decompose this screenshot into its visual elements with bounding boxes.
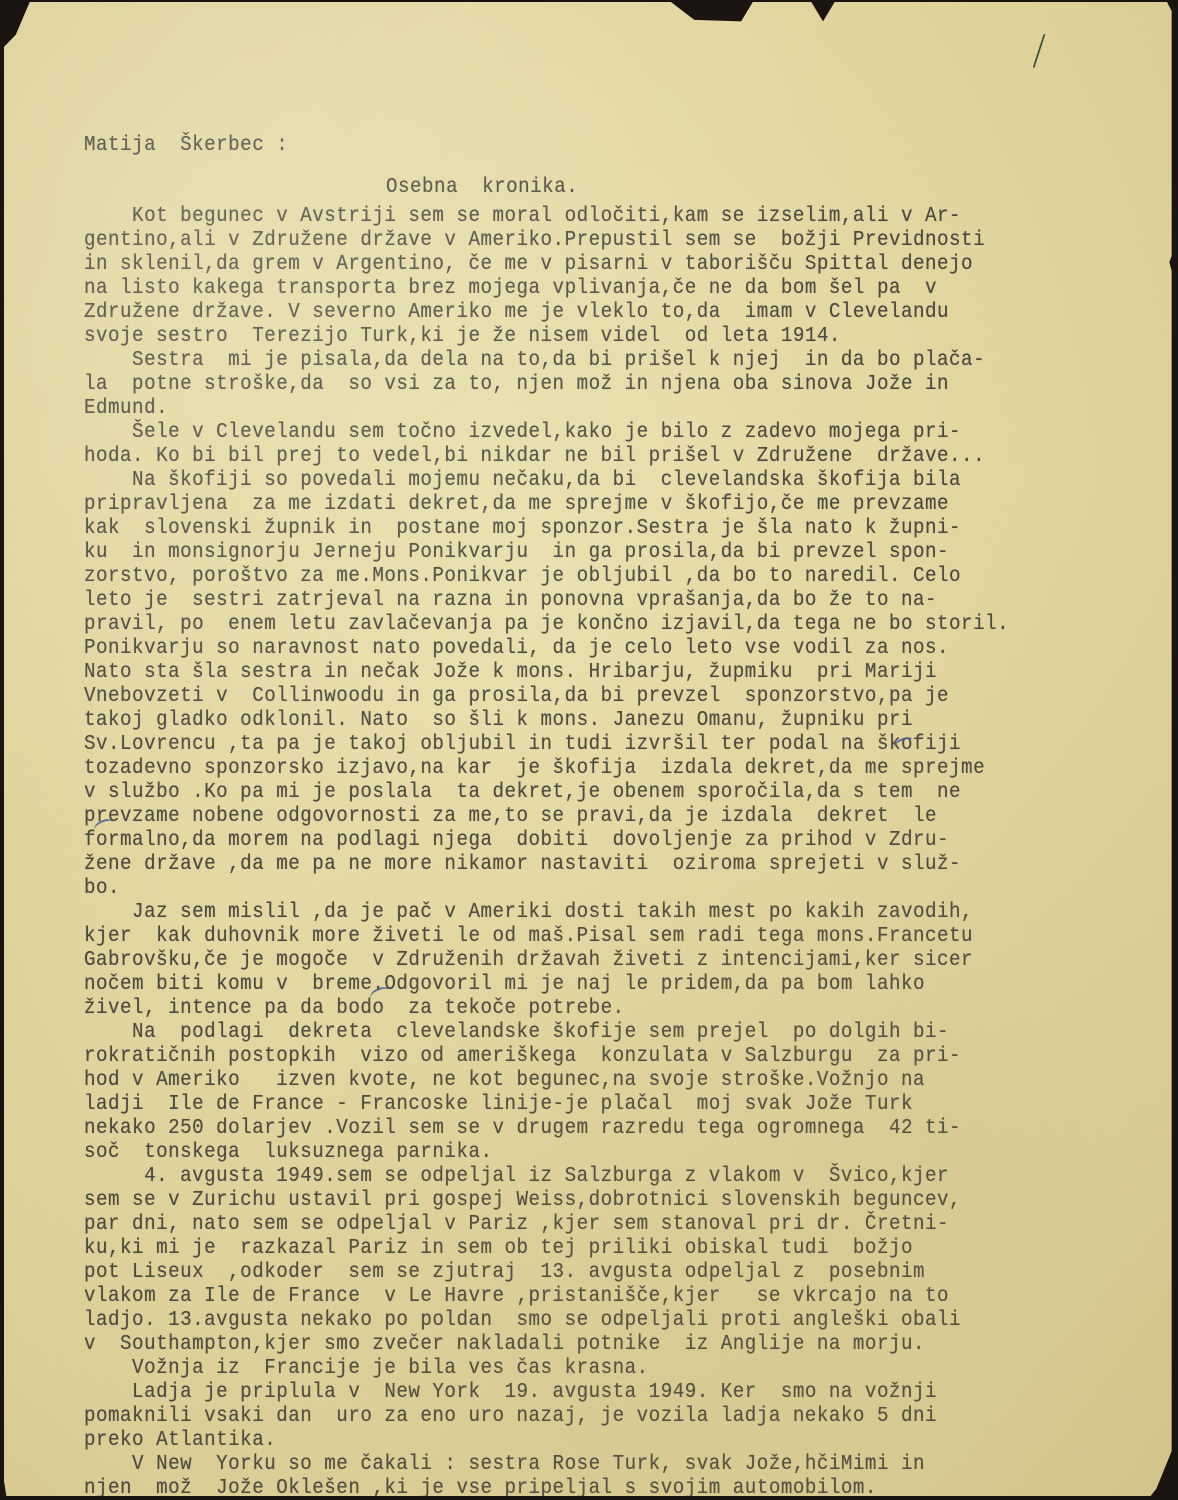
text-line: Na škofiji so povedali mojemu nečaku,da … <box>84 467 961 492</box>
text-line: pravil, po enem letu zavlačevanja pa je … <box>84 611 1009 636</box>
text-line: njen mož Jože Oklešen ,ki je vse pripelj… <box>84 1475 877 1500</box>
text-line: v Southampton,kjer smo zvečer nakladali … <box>84 1331 925 1356</box>
text-line: la potne stroške,da so vsi za to, njen m… <box>84 371 949 396</box>
text-line: Jaz sem mislil ,da je pač v Ameriki dost… <box>84 899 973 924</box>
text-line: tozadevno sponzorsko izjavo,na kar je šk… <box>84 755 985 780</box>
text-line: prevzame nobene odgovornosti za me,to se… <box>84 803 937 828</box>
text-line: Ponikvarju so naravnost nato povedali, d… <box>84 635 949 660</box>
text-line: živel, intence pa da bodo za tekoče potr… <box>84 995 625 1020</box>
text-line: pomaknili vsaki dan uro za eno uro nazaj… <box>84 1403 937 1428</box>
text-line: Sestra mi je pisala,da dela na to,da bi … <box>84 347 985 372</box>
text-line: kak slovenski župnik in postane moj spon… <box>84 515 961 540</box>
text-line: leto je sestri zatrjeval na razna in pon… <box>84 587 937 612</box>
text-line: kjer kak duhovnik more živeti le od maš.… <box>84 923 973 948</box>
text-line: Vožnja iz Francije je bila ves čas krasn… <box>84 1355 649 1380</box>
text-line: sem se v Zurichu ustavil pri gospej Weis… <box>84 1187 961 1212</box>
text-line: na listo kakega transporta brez mojega v… <box>84 275 937 300</box>
text-line: žene države ,da me pa ne more nikamor na… <box>84 851 961 876</box>
text-line: Nato sta šla sestra in nečak Jože k mons… <box>84 659 937 684</box>
text-line: bo. <box>84 875 120 900</box>
text-line: takoj gladko odklonil. Nato so šli k mon… <box>84 707 913 732</box>
handwritten-page-number <box>1032 34 1059 68</box>
text-line: v službo .Ko pa mi je poslala ta dekret,… <box>84 779 961 804</box>
text-line: vlakom za Ile de France v Le Havre ,pris… <box>84 1283 949 1308</box>
text-line: Vnebovzeti v Collinwoodu in ga prosila,d… <box>84 683 949 708</box>
text-line: Edmund. <box>84 395 168 420</box>
text-line: ku in monsignorju Jerneju Ponikvarju in … <box>84 539 949 564</box>
document-page: Matija Škerbec : Osebna kronika. Kot beg… <box>4 2 1174 1496</box>
text-line: gentino,ali v Združene države v Ameriko.… <box>84 227 985 252</box>
text-line: pripravljena za me izdati dekret,da me s… <box>84 491 949 516</box>
text-line: pot Liseux ,odkoder sem se zjutraj 13. a… <box>84 1259 925 1284</box>
text-line: in sklenil,da grem v Argentino, če me v … <box>84 251 973 276</box>
text-line: hoda. Ko bi bil prej to vedel,bi nikdar … <box>84 443 985 468</box>
text-line: svoje sestro Terezijo Turk,ki je že nise… <box>84 323 841 348</box>
text-line: Na podlagi dekreta clevelandske škofije … <box>84 1019 949 1044</box>
text-line: preko Atlantika. <box>84 1427 276 1452</box>
text-line: Šele v Clevelandu sem točno izvedel,kako… <box>84 419 961 444</box>
text-line: ladjo. 13.avgusta nekako po poldan smo s… <box>84 1307 961 1332</box>
text-line: formalno,da morem na podlagi njega dobit… <box>84 827 949 852</box>
text-line: nočem biti komu v breme.Odgovoril mi je … <box>84 971 925 996</box>
text-line: V New Yorku so me čakali : sestra Rose T… <box>84 1451 925 1476</box>
text-line: Združene države. V severno Ameriko me je… <box>84 299 949 324</box>
document-title: Osebna kronika. <box>386 174 578 199</box>
text-line: soč tonskega luksuznega parnika. <box>84 1139 493 1164</box>
text-line: ku,ki mi je razkazal Pariz in sem ob tej… <box>84 1235 913 1260</box>
text-line: ladji Ile de France - Francoske linije-j… <box>84 1091 913 1116</box>
text-line: Ladja je priplula v New York 19. avgusta… <box>84 1379 937 1404</box>
text-line: par dni, nato sem se odpeljal v Pariz ,k… <box>84 1211 949 1236</box>
author-heading: Matija Škerbec : <box>84 132 288 157</box>
text-line: Sv.Lovrencu ,ta pa je takoj obljubil in … <box>84 731 961 756</box>
text-line: 4. avgusta 1949.sem se odpeljal iz Salzb… <box>84 1163 949 1188</box>
text-line: nekako 250 dolarjev .Vozil sem se v drug… <box>84 1115 961 1140</box>
text-line: zorstvo, poroštvo za me.Mons.Ponikvar je… <box>84 563 961 588</box>
text-line: rokratičnih postopkih vizo od ameriškega… <box>84 1043 961 1068</box>
text-line: Kot begunec v Avstriji sem se moral odlo… <box>84 203 961 228</box>
text-line: Gabrovšku,če je mogoče v Združenih držav… <box>84 947 973 972</box>
text-line: hod v Ameriko izven kvote, ne kot begune… <box>84 1067 925 1092</box>
